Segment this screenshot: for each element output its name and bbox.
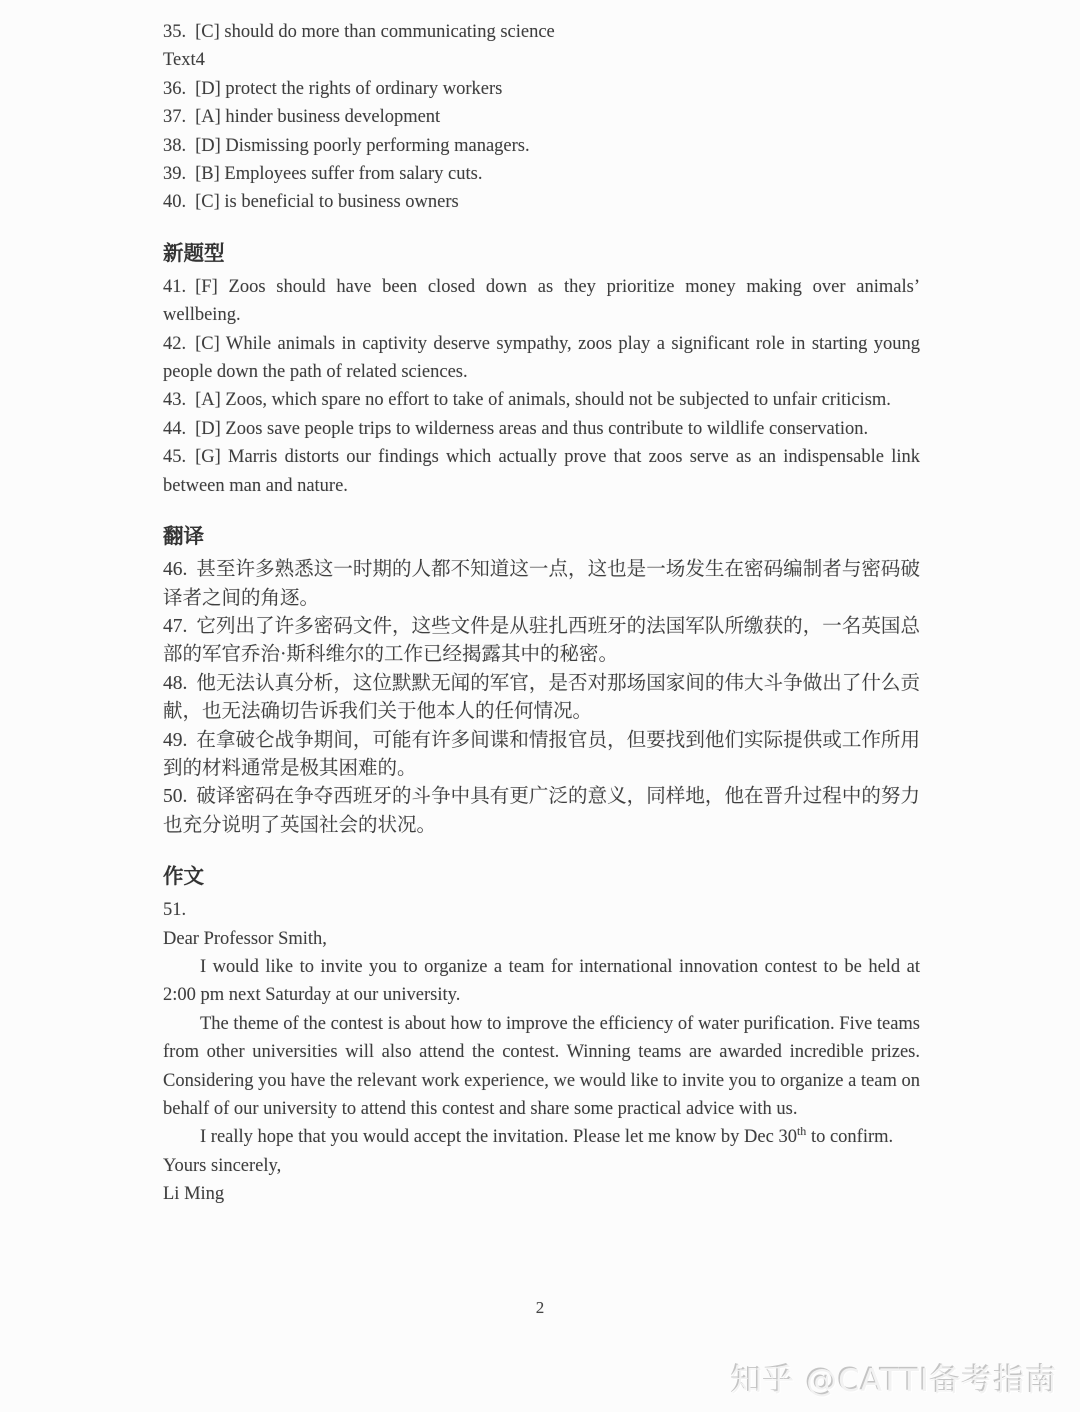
reading-answers-section: 35.[C] should do more than communicating… — [163, 18, 920, 217]
essay-number: 51. — [163, 896, 920, 924]
letter-signature: Li Ming — [163, 1180, 920, 1208]
answer-line: 46.甚至许多熟悉这一时期的人都不知道这一点，这也是一场发生在密码编制者与密码破… — [163, 556, 920, 613]
answer-text: Text4 — [163, 50, 205, 70]
section-title-translation: 翻译 — [163, 522, 920, 552]
answer-number: 35. — [163, 22, 186, 42]
answer-text: [C] While animals in captivity deserve s… — [163, 334, 920, 382]
answer-line: 35.[C] should do more than communicating… — [163, 18, 920, 46]
answer-text: 破译密码在争夺西班牙的斗争中具有更广泛的意义，同样地，他在晋升过程中的努力也充分… — [163, 786, 920, 835]
answer-text: [A] Zoos, which spare no effort to take … — [195, 390, 891, 410]
answer-number: 41. — [163, 277, 186, 297]
answer-line: 49.在拿破仑战争期间，可能有许多间谍和情报官员，但要找到他们实际提供或工作所用… — [163, 727, 920, 784]
answer-text: [C] is beneficial to business owners — [195, 192, 459, 212]
watermark: 知乎 @CATTI备考指南 — [731, 1355, 1058, 1400]
answer-text: [G] Marris distorts our findings which a… — [163, 447, 920, 495]
answer-number: 36. — [163, 79, 186, 99]
answer-text: [C] should do more than communicating sc… — [195, 22, 555, 42]
answer-line: 45.[G] Marris distorts our findings whic… — [163, 443, 920, 500]
answer-number: 39. — [163, 164, 186, 184]
section-title-writing: 作文 — [163, 862, 920, 892]
answer-line: 41.[F] Zoos should have been closed down… — [163, 273, 920, 330]
answer-line: 44.[D] Zoos save people trips to wildern… — [163, 415, 920, 443]
answer-number: 48. — [163, 673, 187, 694]
translation-answers-section: 46.甚至许多熟悉这一时期的人都不知道这一点，这也是一场发生在密码编制者与密码破… — [163, 556, 920, 840]
answer-line: 39.[B] Employees suffer from salary cuts… — [163, 160, 920, 188]
answer-text: [F] Zoos should have been closed down as… — [163, 277, 920, 325]
answer-number: 40. — [163, 192, 186, 212]
ordinal-superscript: th — [797, 1124, 806, 1138]
letter-closing-text-after: to confirm. — [806, 1127, 893, 1147]
answer-text: 甚至许多熟悉这一时期的人都不知道这一点，这也是一场发生在密码编制者与密码破译者之… — [163, 559, 920, 608]
letter-signoff: Yours sincerely, — [163, 1152, 920, 1180]
page-number: 2 — [0, 1298, 1080, 1318]
answer-number: 46. — [163, 559, 187, 580]
answer-number: 37. — [163, 107, 186, 127]
answer-line: 43.[A] Zoos, which spare no effort to ta… — [163, 386, 920, 414]
answer-text: [D] protect the rights of ordinary worke… — [195, 79, 502, 99]
answer-line: 37.[A] hinder business development — [163, 103, 920, 131]
answer-text: 他无法认真分析，这位默默无闻的军官，是否对那场国家间的伟大斗争做出了什么贡献，也… — [163, 673, 920, 722]
answer-text: [B] Employees suffer from salary cuts. — [195, 164, 482, 184]
letter-body: I would like to invite you to organize a… — [163, 953, 920, 1123]
answer-number: 43. — [163, 390, 186, 410]
answer-text: [A] hinder business development — [195, 107, 440, 127]
letter-paragraph-text: I would like to invite you to organize a… — [163, 957, 920, 1005]
content-column: 35.[C] should do more than communicating… — [163, 18, 920, 1209]
letter-salutation: Dear Professor Smith, — [163, 925, 920, 953]
answer-text: [D] Zoos save people trips to wilderness… — [195, 419, 868, 439]
answer-line: 42.[C] While animals in captivity deserv… — [163, 330, 920, 387]
answer-number: 42. — [163, 334, 186, 354]
answer-number: 44. — [163, 419, 186, 439]
answer-line: 36.[D] protect the rights of ordinary wo… — [163, 75, 920, 103]
answer-line: 38.[D] Dismissing poorly performing mana… — [163, 132, 920, 160]
answer-number: 49. — [163, 730, 187, 751]
letter-closing-text: I really hope that you would accept the … — [200, 1127, 797, 1147]
new-type-answers-section: 41.[F] Zoos should have been closed down… — [163, 273, 920, 500]
answer-line: Text4 — [163, 46, 920, 74]
answer-text: 它列出了许多密码文件，这些文件是从驻扎西班牙的法国军队所缴获的，一名英国总部的军… — [163, 616, 920, 665]
essay-letter: 51. Dear Professor Smith, I would like t… — [163, 896, 920, 1208]
answer-line: 48.他无法认真分析，这位默默无闻的军官，是否对那场国家间的伟大斗争做出了什么贡… — [163, 670, 920, 727]
document-page: 35.[C] should do more than communicating… — [0, 0, 1080, 1412]
answer-text: 在拿破仑战争期间，可能有许多间谍和情报官员，但要找到他们实际提供或工作所用到的材… — [163, 730, 920, 779]
letter-paragraph: The theme of the contest is about how to… — [163, 1010, 920, 1124]
answer-number: 45. — [163, 447, 186, 467]
answer-number: 50. — [163, 786, 187, 807]
answer-number: 38. — [163, 136, 186, 156]
letter-paragraph: I would like to invite you to organize a… — [163, 953, 920, 1010]
section-title-new-type: 新题型 — [163, 239, 920, 269]
answer-line: 50.破译密码在争夺西班牙的斗争中具有更广泛的意义，同样地，他在晋升过程中的努力… — [163, 783, 920, 840]
answer-line: 47.它列出了许多密码文件，这些文件是从驻扎西班牙的法国军队所缴获的，一名英国总… — [163, 613, 920, 670]
letter-paragraph-text: The theme of the contest is about how to… — [163, 1014, 920, 1119]
answer-text: [D] Dismissing poorly performing manager… — [195, 136, 529, 156]
answer-line: 40.[C] is beneficial to business owners — [163, 188, 920, 216]
answer-number: 47. — [163, 616, 187, 637]
letter-closing-paragraph: I really hope that you would accept the … — [163, 1123, 920, 1151]
